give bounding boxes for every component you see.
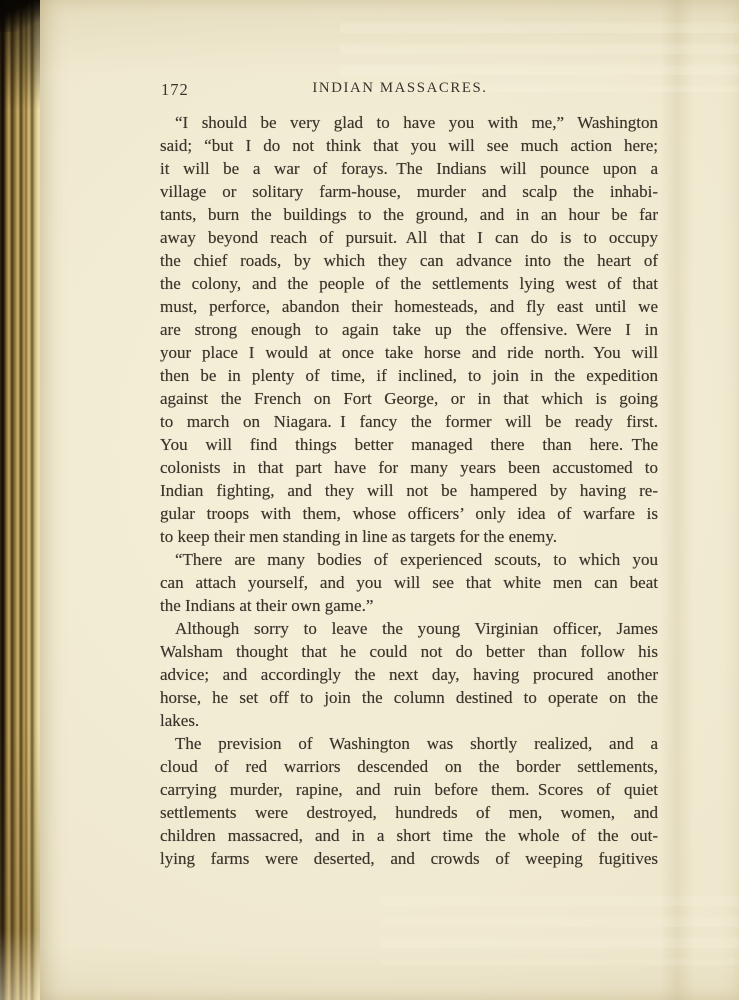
text-line: village or solitary farm-house, murder a… [160, 180, 658, 203]
page-header: 172 INDIAN MASSACRES. [160, 80, 658, 98]
text-line: are strong enough to again take up the o… [160, 318, 658, 341]
text-line: against the French on Fort George, or in… [160, 387, 658, 410]
running-title: INDIAN MASSACRES. [151, 80, 649, 97]
text-line: “I should be very glad to have you with … [160, 111, 658, 134]
book-binding-page-edges [0, 0, 44, 1000]
text-line: “There are many bodies of experienced sc… [160, 548, 658, 571]
text-line: horse, he set off to join the column des… [160, 686, 658, 709]
scan-sheen-bottom [380, 885, 739, 965]
text-line: then be in plenty of time, if inclined, … [160, 364, 658, 387]
scanned-book-photo: { "page": { "folio": "172", "running_tit… [0, 0, 739, 1000]
text-line: The prevision of Washington was shortly … [160, 732, 658, 755]
text-line: tants, burn the buildings to the ground,… [160, 203, 658, 226]
printed-content: 172 INDIAN MASSACRES. “I should be very … [160, 80, 658, 870]
text-line: Indian fighting, and they will not be ha… [160, 479, 658, 502]
text-line: the Indians at their own game.” [160, 594, 658, 617]
page-text: “I should be very glad to have you with … [160, 111, 658, 870]
text-line: your place I would at once take horse an… [160, 341, 658, 364]
text-line: You will find things better managed ther… [160, 433, 658, 456]
text-line: to keep their men standing in line as ta… [160, 525, 658, 548]
text-line: it will be a war of forays. The Indians … [160, 157, 658, 180]
text-line: lying farms were deserted, and crowds of… [160, 847, 658, 870]
text-line: children massacred, and in a short time … [160, 824, 658, 847]
page-crease [660, 0, 694, 1000]
text-line: can attach yourself, and you will see th… [160, 571, 658, 594]
text-line: gular troops with them, whose officers’ … [160, 502, 658, 525]
text-line: the chief roads, by which they can advan… [160, 249, 658, 272]
text-line: said; “but I do not think that you will … [160, 134, 658, 157]
text-line: must, perforce, abandon their homesteads… [160, 295, 658, 318]
text-line: advice; and accordingly the next day, ha… [160, 663, 658, 686]
text-line: the colony, and the people of the settle… [160, 272, 658, 295]
text-line: away beyond reach of pursuit. All that I… [160, 226, 658, 249]
text-line: carrying murder, rapine, and ruin before… [160, 778, 658, 801]
text-line: colonists in that part have for many yea… [160, 456, 658, 479]
text-line: settlements were destroyed, hundreds of … [160, 801, 658, 824]
text-line: cloud of red warriors descended on the b… [160, 755, 658, 778]
book-page: 172 INDIAN MASSACRES. “I should be very … [40, 0, 739, 1000]
text-line: lakes. [160, 709, 658, 732]
text-line: Although sorry to leave the young Virgin… [160, 617, 658, 640]
text-line: to march on Niagara. I fancy the former … [160, 410, 658, 433]
text-line: Walsham thought that he could not do bet… [160, 640, 658, 663]
